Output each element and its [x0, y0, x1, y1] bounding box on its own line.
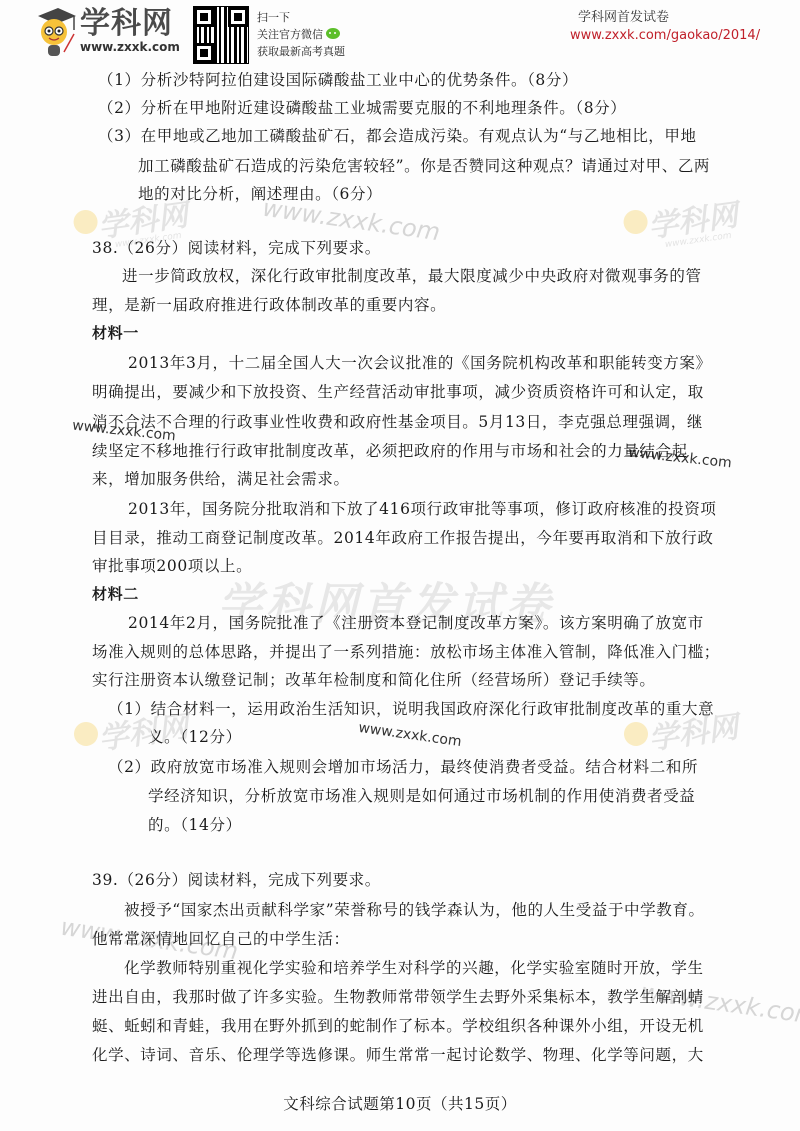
qr-code-icon [193, 6, 249, 64]
header-url-link[interactable]: www.zxxk.com/gaokao/2014/ [570, 27, 760, 45]
mascot-logo-icon [34, 4, 78, 60]
qr-caption: 扫一下 关注官方微信 获取最新高考真题 [257, 9, 345, 60]
qr-caption-line: 关注官方微信 [257, 26, 345, 43]
material-1-line: 2013年，国务院分批取消和下放了416项行政审批等事项，修订政府核准的投资项 [128, 499, 716, 519]
material-2-line: 实行注册资本认缴登记制；改革年检制度和简化住所（经营场所）登记手续等。 [92, 670, 656, 690]
q39-title: 39.（26分）阅读材料，完成下列要求。 [92, 870, 381, 890]
watermark-url-small: www.zxxk.com [357, 720, 462, 750]
site-logo-text: 学科网 [80, 8, 173, 40]
q38-question-2-line: 的。（14分） [148, 815, 242, 835]
q39-quote-line: 化学教师特别重视化学实验和培养学生对科学的兴趣，化学实验室随时开放，学生 [124, 958, 704, 978]
material-1-line: 来，增加服务供给，满足社会需求。 [92, 469, 350, 489]
material-1-line: 2013年3月，十二届全国人大一次会议批准的《国务院机构改革和职能转变方案》 [128, 353, 712, 373]
header-exam-title: 学科网首发试卷 [570, 9, 760, 27]
q39-quote-line: 化学、诗词、音乐、伦理学等选修课。师生常常一起讨论数学、物理、化学等问题，大 [92, 1045, 704, 1065]
q38-intro-line: 进一步简政放权，深化行政审批制度改革，最大限度减少中央政府对微观事务的管 [122, 266, 702, 286]
wechat-icon [326, 28, 340, 39]
q38-intro-line: 理，是新一届政府推进行政体制改革的重要内容。 [92, 295, 446, 315]
q38-title: 38.（26分）阅读材料，完成下列要求。 [92, 238, 381, 258]
watermark-logo: 学科网www.zxxk.com [645, 190, 741, 252]
q37-sub-2: （2）分析在甲地附近建设磷酸盐工业城需要克服的不利地理条件。（8分） [98, 98, 626, 118]
q38-question-1: （1）结合材料一，运用政治生活知识，说明我国政府深化行政审批制度改革的重大意 [108, 699, 714, 719]
page-header: 学科网 www.zxxk.com 扫一下 关注官方微信 获取最新高考真题 学科网… [0, 0, 800, 64]
q39-quote-line: 进出自由，我那时做了许多实验。生物教师常带领学生去野外采集标本，教学生解剖蜻 [92, 987, 704, 1007]
material-1-heading: 材料一 [92, 323, 139, 343]
page-footer: 文科综合试题第10页（共15页） [0, 1092, 800, 1114]
material-1-line: 目目录，推动工商登记制度改革。2014年政府工作报告提出，今年要再取消和下放行政 [92, 528, 713, 548]
header-right: 学科网首发试卷 www.zxxk.com/gaokao/2014/ [570, 9, 760, 45]
q38-question-1-line: 义。（12分） [148, 727, 242, 747]
q37-sub-3: （3）在甲地或乙地加工磷酸盐矿石，都会造成污染。有观点认为“与乙地相比，甲地 [98, 126, 697, 146]
site-logo-url: www.zxxk.com [80, 40, 180, 54]
material-1-line: 明确提出，要减少和下放投资、生产经营活动审批事项，减少资质资格许可和认定，取 [92, 382, 704, 402]
material-1-line: 审批事项200项以上。 [92, 556, 252, 576]
q39-intro-line: 他常常深情地回忆自己的中学生活： [92, 929, 350, 949]
qr-caption-line: 获取最新高考真题 [257, 43, 345, 60]
material-2-line: 2014年2月，国务院批准了《注册资本登记制度改革方案》。该方案明确了放宽市 [128, 613, 704, 633]
q38-question-2-line: 学经济知识，分析放宽市场准入规则是如何通过市场机制的作用使消费者受益 [148, 786, 695, 806]
material-1-line: 续坚定不移地推行行政审批制度改革，必须把政府的作用与市场和社会的力量结合起 [92, 441, 688, 461]
q39-quote-line: 蜓、蚯蚓和青蛙，我用在野外抓到的蛇制作了标本。学校组织各种课外小组，开设无机 [92, 1016, 704, 1036]
material-1-line: 消不合法不合理的行政事业性收费和政府性基金项目。5月13日，李克强总理强调，继 [92, 412, 703, 432]
q38-question-2: （2）政府放宽市场准入规则会增加市场活力，最终使消费者受益。结合材料二和所 [108, 757, 698, 777]
q37-sub-3-line: 加工磷酸盐矿石造成的污染危害较轻”。你是否赞同这种观点？请通过对甲、乙两 [138, 156, 710, 176]
material-2-line: 场准入规则的总体思路，并提出了一系列措施：放松市场主体准入管制，降低准入门槛； [92, 642, 720, 662]
qr-caption-line: 扫一下 [257, 9, 345, 26]
q37-sub-3-line: 地的对比分析，阐述理由。（6分） [138, 184, 382, 204]
q39-intro-line: 被授予“国家杰出贡献科学家”荣誉称号的钱学森认为，他的人生受益于中学教育。 [124, 900, 705, 920]
q37-sub-1: （1）分析沙特阿拉伯建设国际磷酸盐工业中心的优势条件。（8分） [98, 70, 578, 90]
material-2-heading: 材料二 [92, 584, 139, 604]
